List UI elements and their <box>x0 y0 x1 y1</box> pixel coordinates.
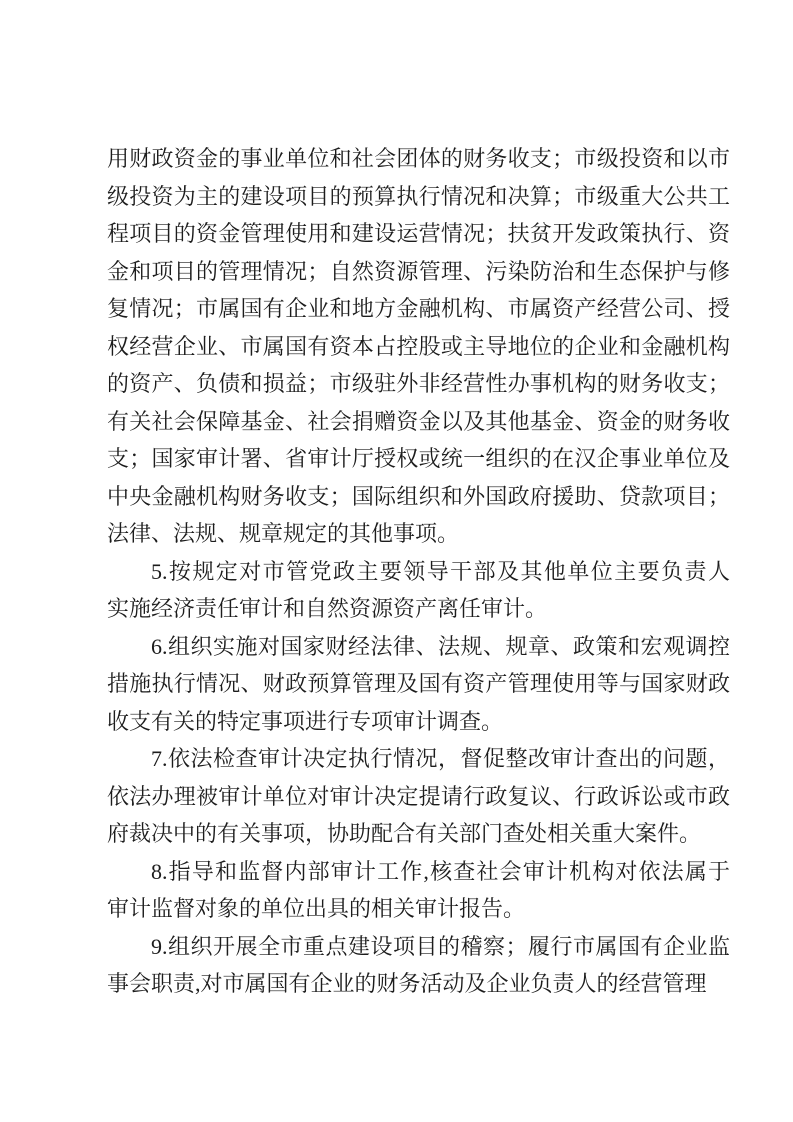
paragraph-item-9: 9.组织开展全市重点建设项目的稽察；履行市属国有企业监 事会职责,对市属国有企业… <box>107 928 730 1003</box>
text-line: 的资产、负债和损益；市级驻外非经营性办事机构的财务收支； <box>107 365 730 403</box>
paragraph-item-5: 5.按规定对市管党政主要领导干部及其他单位主要负责人 实施经济责任审计和自然资源… <box>107 553 730 628</box>
text-line: 收支有关的特定事项进行专项审计调查。 <box>107 703 730 741</box>
paragraph-item-6: 6.组织实施对国家财经法律、法规、规章、政策和宏观调控 措施执行情况、财政预算管… <box>107 628 730 741</box>
text-line: 有关社会保障基金、社会捐赠资金以及其他基金、资金的财务收 <box>107 403 730 441</box>
text-line: 中央金融机构财务收支；国际组织和外国政府援助、贷款项目； <box>107 478 730 516</box>
paragraph-continuation: 用财政资金的事业单位和社会团体的财务收支；市级投资和以市 级投资为主的建设项目的… <box>107 140 730 553</box>
text-line: 审计监督对象的单位出具的相关审计报告。 <box>107 890 730 928</box>
text-line: 9.组织开展全市重点建设项目的稽察；履行市属国有企业监 <box>107 928 730 966</box>
text-line: 用财政资金的事业单位和社会团体的财务收支；市级投资和以市 <box>107 140 730 178</box>
text-line: 6.组织实施对国家财经法律、法规、规章、政策和宏观调控 <box>107 628 730 666</box>
text-line: 程项目的资金管理使用和建设运营情况；扶贫开发政策执行、资 <box>107 215 730 253</box>
document-page: 用财政资金的事业单位和社会团体的财务收支；市级投资和以市 级投资为主的建设项目的… <box>0 0 793 1122</box>
text-line: 复情况；市属国有企业和地方金融机构、市属资产经营公司、授 <box>107 290 730 328</box>
document-text-block: 用财政资金的事业单位和社会团体的财务收支；市级投资和以市 级投资为主的建设项目的… <box>107 140 730 1003</box>
text-line: 级投资为主的建设项目的预算执行情况和决算；市级重大公共工 <box>107 178 730 216</box>
text-line: 实施经济责任审计和自然资源资产离任审计。 <box>107 590 730 628</box>
text-line: 法律、法规、规章规定的其他事项。 <box>107 515 730 553</box>
paragraph-item-8: 8.指导和监督内部审计工作,核查社会审计机构对依法属于 审计监督对象的单位出具的… <box>107 853 730 928</box>
text-line: 措施执行情况、财政预算管理及国有资产管理使用等与国家财政 <box>107 665 730 703</box>
text-line: 8.指导和监督内部审计工作,核查社会审计机构对依法属于 <box>107 853 730 891</box>
text-line: 依法办理被审计单位对审计决定提请行政复议、行政诉讼或市政 <box>107 778 730 816</box>
text-line: 支；国家审计署、省审计厅授权或统一组织的在汉企事业单位及 <box>107 440 730 478</box>
text-line: 5.按规定对市管党政主要领导干部及其他单位主要负责人 <box>107 553 730 591</box>
paragraph-item-7: 7.依法检查审计决定执行情况，督促整改审计查出的问题， 依法办理被审计单位对审计… <box>107 740 730 853</box>
text-line: 7.依法检查审计决定执行情况，督促整改审计查出的问题， <box>107 740 730 778</box>
text-line: 权经营企业、市属国有资本占控股或主导地位的企业和金融机构 <box>107 328 730 366</box>
text-line: 府裁决中的有关事项，协助配合有关部门查处相关重大案件。 <box>107 815 730 853</box>
text-line: 金和项目的管理情况；自然资源管理、污染防治和生态保护与修 <box>107 253 730 291</box>
text-line: 事会职责,对市属国有企业的财务活动及企业负责人的经营管理 <box>107 965 730 1003</box>
